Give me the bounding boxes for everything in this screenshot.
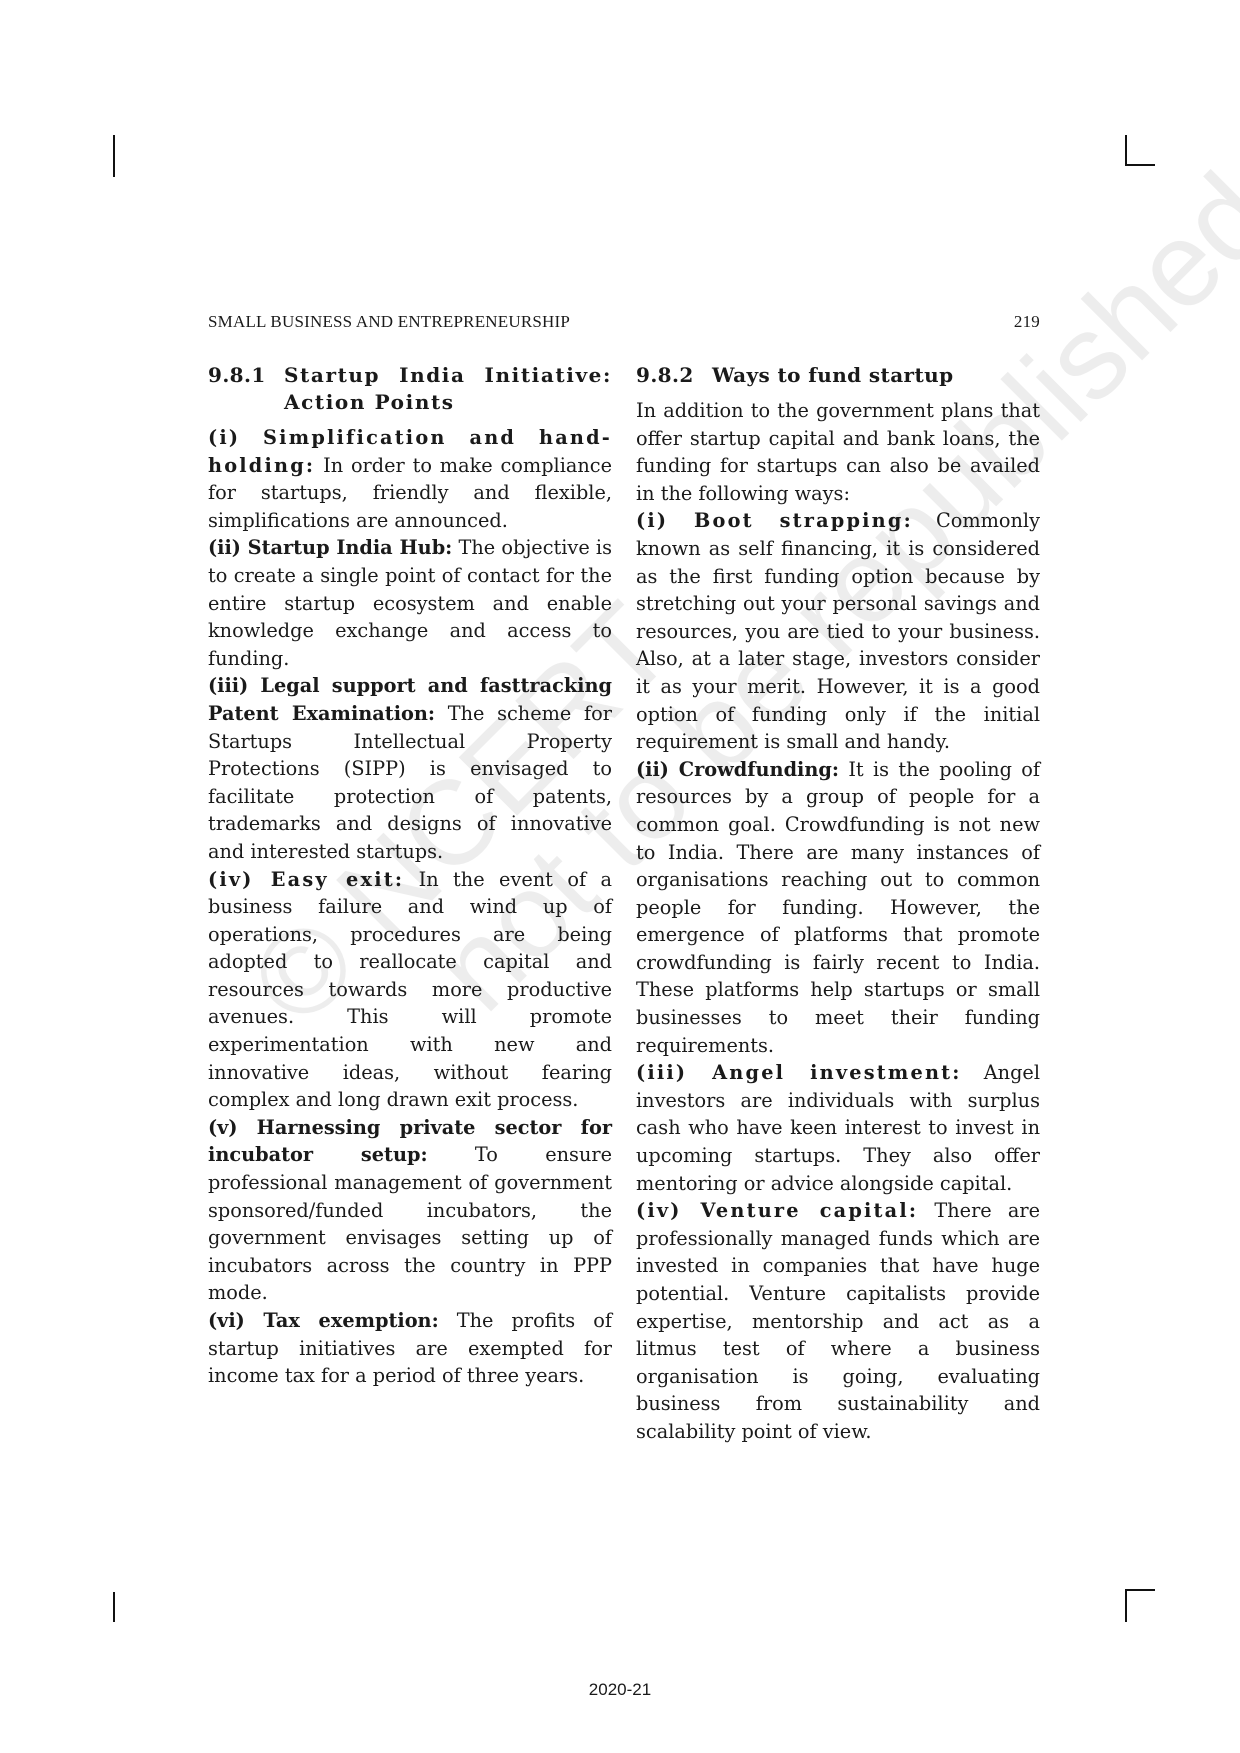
action-point-4: (iv) Easy exit: In the event of a busine… — [208, 866, 612, 1114]
item-label: (iv) Venture capital: — [636, 1199, 918, 1222]
item-text: In the event of a business failure and w… — [208, 868, 612, 1112]
section-title: Startup India Initiative: Action Points — [284, 362, 612, 416]
page-number: 219 — [1014, 312, 1040, 332]
action-point-5: (v) Harnessing private sector for incuba… — [208, 1114, 612, 1307]
funding-way-2: (ii) Crowdfunding: It is the pooling of … — [636, 756, 1040, 1060]
crop-mark-bottom-right-horizontal — [1125, 1589, 1155, 1591]
item-text: The scheme for Startups Intellectual Pro… — [208, 702, 612, 863]
section-number: 9.8.2 — [636, 362, 712, 389]
running-head: SMALL BUSINESS AND ENTREPRENEURSHIP 219 — [208, 312, 1040, 332]
item-label: (iii) Angel investment: — [636, 1061, 962, 1084]
crop-mark-bottom-left — [113, 1592, 115, 1622]
item-text: It is the pooling of resources by a grou… — [636, 758, 1040, 1057]
crop-mark-bottom-right-vertical — [1125, 1589, 1127, 1622]
item-text: There are professionally managed funds w… — [636, 1199, 1040, 1443]
left-column: 9.8.1 Startup India Initiative: Action P… — [208, 362, 612, 1390]
section-title: Ways to fund startup — [712, 362, 1040, 389]
funding-way-1: (i) Boot strapping: Commonly known as se… — [636, 507, 1040, 755]
item-label: (i) Boot strapping: — [636, 509, 913, 532]
item-label: (ii) Startup India Hub: — [208, 536, 452, 559]
item-text: To ensure professional management of gov… — [208, 1143, 612, 1304]
action-point-2: (ii) Startup India Hub: The objective is… — [208, 534, 612, 672]
item-label: (vi) Tax exemption: — [208, 1309, 439, 1332]
crop-mark-top-left — [113, 135, 115, 177]
action-point-6: (vi) Tax exemption: The profits of start… — [208, 1307, 612, 1390]
section-heading-9-8-1: 9.8.1 Startup India Initiative: Action P… — [208, 362, 612, 416]
funding-way-4: (iv) Venture capital: There are professi… — [636, 1197, 1040, 1445]
crop-mark-top-right-vertical — [1125, 135, 1127, 166]
crop-mark-top-right-horizontal — [1125, 164, 1155, 166]
action-point-3: (iii) Legal support and fasttracking Pat… — [208, 672, 612, 865]
right-column: 9.8.2 Ways to fund startup In addition t… — [636, 362, 1040, 1446]
chapter-title: SMALL BUSINESS AND ENTREPRENEURSHIP — [208, 312, 570, 332]
section-heading-9-8-2: 9.8.2 Ways to fund startup — [636, 362, 1040, 389]
section-number: 9.8.1 — [208, 362, 284, 416]
footer-year: 2020-21 — [0, 1680, 1240, 1700]
intro-paragraph: In addition to the government plans that… — [636, 397, 1040, 507]
item-label: (iv) Easy exit: — [208, 868, 404, 891]
item-text: Commonly known as self financing, it is … — [636, 509, 1040, 753]
item-label: (ii) Crowdfunding: — [636, 758, 839, 781]
action-point-1: (i) Simplification and hand-holding: In … — [208, 424, 612, 534]
funding-way-3: (iii) Angel investment: Angel investors … — [636, 1059, 1040, 1197]
